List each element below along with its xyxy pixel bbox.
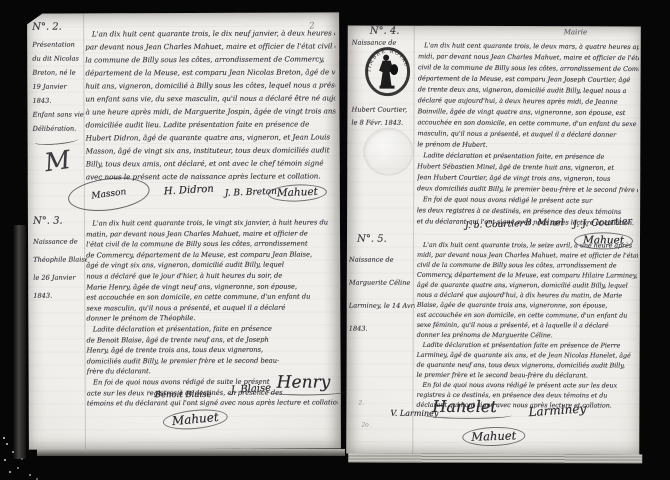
manuscript-line: le 26 Janvier bbox=[33, 268, 87, 286]
entry-2-act-text: L'an dix huit cent quarante trois, le di… bbox=[85, 26, 336, 183]
signature-hanelet: Hanelet bbox=[432, 397, 496, 416]
entry-5-number: N°. 5. bbox=[357, 234, 415, 245]
manuscript-line: département de la Meuse, est comparu Jea… bbox=[85, 65, 335, 79]
manuscript-line: Hubert Didron, âgé de quarante quatre an… bbox=[86, 130, 336, 144]
signature-benoit-blaise: Benoit Blaise bbox=[155, 390, 212, 400]
manuscript-line: Théophile Blaise, bbox=[33, 250, 87, 268]
entry-5-margin-note: Naissance deMarguerite CélineLarminey, l… bbox=[349, 248, 415, 340]
signature-larminey: Larminey bbox=[528, 401, 586, 419]
entry-4-margin-name: Hubert Courtier,le 8 Févr. 1843. bbox=[351, 104, 421, 130]
manuscript-line: 1843. bbox=[33, 286, 87, 304]
manuscript-line: Billy, tous deux amis, ont déclaré, et o… bbox=[86, 156, 336, 170]
timbre-royal-stamp: TIMBRE ROYAL bbox=[363, 46, 411, 102]
signature-mahuet: Mahuet bbox=[268, 183, 328, 202]
entry-4-number: N°. 4. bbox=[370, 26, 414, 37]
signature-oval-flourish: Mahuet bbox=[162, 407, 228, 432]
manuscript-line: Naissance de bbox=[349, 248, 415, 271]
signature-paraph-oval: Masson bbox=[66, 173, 151, 215]
register-left-page: 2 N°. 2. Présentationdu dit NicolasBreto… bbox=[27, 12, 341, 449]
entry-3-margin: N°. 3. Naissance deThéophile Blaise,le 2… bbox=[33, 215, 87, 304]
signature-oval-flourish: Mahuet bbox=[268, 183, 328, 202]
manuscript-line: l'état civil de la commune de Billy sous… bbox=[86, 239, 337, 251]
manuscript-line: Délibération. bbox=[33, 121, 85, 135]
entry-4-margin: N°. 4. Naissance de Hubert Courtier,le 8… bbox=[352, 26, 414, 47]
manuscript-line: Naissance de bbox=[33, 232, 87, 250]
manuscript-line: par devant nous Jean Charles Mahuet, mai… bbox=[85, 39, 335, 53]
scan-speckles bbox=[3, 437, 5, 439]
signature-j-blaise: J. Blaise bbox=[230, 383, 271, 396]
embossed-seal bbox=[363, 128, 413, 176]
entry-2-margin: N°. 2. Présentationdu dit NicolasBreton,… bbox=[32, 21, 85, 175]
manuscript-line: est accouchée en son domicile, en cette … bbox=[86, 291, 337, 303]
manuscript-line: un enfant sans vie, du sexe masculin, qu… bbox=[85, 91, 335, 105]
signature-minel: B. Minel bbox=[525, 218, 563, 228]
entry-3-number: N°. 3. bbox=[33, 215, 87, 226]
manuscript-line: la commune de Billy sous les côtes, arro… bbox=[85, 52, 335, 66]
entry-5-act-text: L'an dix huit cent quarante trois, le se… bbox=[416, 240, 638, 411]
manuscript-line: domiciliée audit lieu. Ladite présentati… bbox=[86, 117, 336, 131]
book-binding-edge bbox=[13, 225, 26, 459]
entry-4-act-text: L'an dix huit cent quarante trois, le de… bbox=[417, 40, 639, 229]
page-corner-word: Mairie bbox=[564, 28, 587, 36]
pencil-mark: 2. bbox=[358, 400, 364, 407]
signature-oval-flourish: Mahuet bbox=[462, 426, 525, 447]
manuscript-line: Hubert Courtier, bbox=[351, 104, 421, 117]
manuscript-line: à une heure après midi, de Marguerite Jo… bbox=[85, 104, 335, 118]
entry-2-margin-note: Présentationdu dit NicolasBreton, né le1… bbox=[32, 37, 84, 135]
manuscript-line: Enfant sans vie ; bbox=[32, 107, 84, 121]
stamp-graphic: TIMBRE ROYAL bbox=[363, 46, 411, 98]
manuscript-line: Larminey, le 14 Avril bbox=[349, 294, 415, 317]
pencil-mark: 2o bbox=[361, 422, 368, 429]
entry-2-number: N°. 2. bbox=[32, 21, 84, 32]
manuscript-line: Marguerite Céline bbox=[349, 271, 415, 294]
signature-mahuet: Mahuet bbox=[162, 407, 228, 432]
manuscript-line: 1843. bbox=[32, 93, 84, 107]
register-right-page: Mairie N°. 4. Naissance de Hubert Courti… bbox=[346, 25, 640, 454]
manuscript-line: Masson, âgé de vingt six ans, instituteu… bbox=[86, 143, 336, 157]
manuscript-line: L'an dix huit cent quarante trois, le vi… bbox=[86, 217, 337, 229]
signature-didron: H. Didron bbox=[164, 184, 214, 198]
manuscript-line: Présentation bbox=[32, 37, 84, 51]
manuscript-line: 19 Janvier bbox=[32, 79, 84, 93]
manuscript-line: 1843. bbox=[349, 317, 415, 340]
manuscript-line: du dit Nicolas bbox=[32, 51, 84, 65]
margin-paraph: M bbox=[43, 145, 73, 177]
signature-jb-courtier: J. b. Courtier bbox=[465, 219, 524, 231]
signature-mahuet: Mahuet bbox=[462, 426, 525, 447]
margin-squiggle bbox=[34, 135, 79, 147]
signature-masson: Masson bbox=[68, 178, 150, 210]
manuscript-line: huit ans, vigneron, domicilié à Billy so… bbox=[85, 78, 335, 92]
manuscript-line: L'an dix huit cent quarante trois, le di… bbox=[85, 26, 335, 40]
signature-henry: Henry bbox=[277, 372, 331, 392]
entry-3-margin-note: Naissance deThéophile Blaise,le 26 Janvi… bbox=[33, 232, 87, 304]
manuscript-line: de Commercy, département de la Meuse, es… bbox=[86, 249, 337, 261]
scanned-register-spread: 2 N°. 2. Présentationdu dit NicolasBreto… bbox=[0, 0, 670, 480]
entry-5-margin: N°. 5. Naissance deMarguerite CélineLarm… bbox=[349, 233, 415, 340]
manuscript-line: Breton, né le bbox=[32, 65, 84, 79]
